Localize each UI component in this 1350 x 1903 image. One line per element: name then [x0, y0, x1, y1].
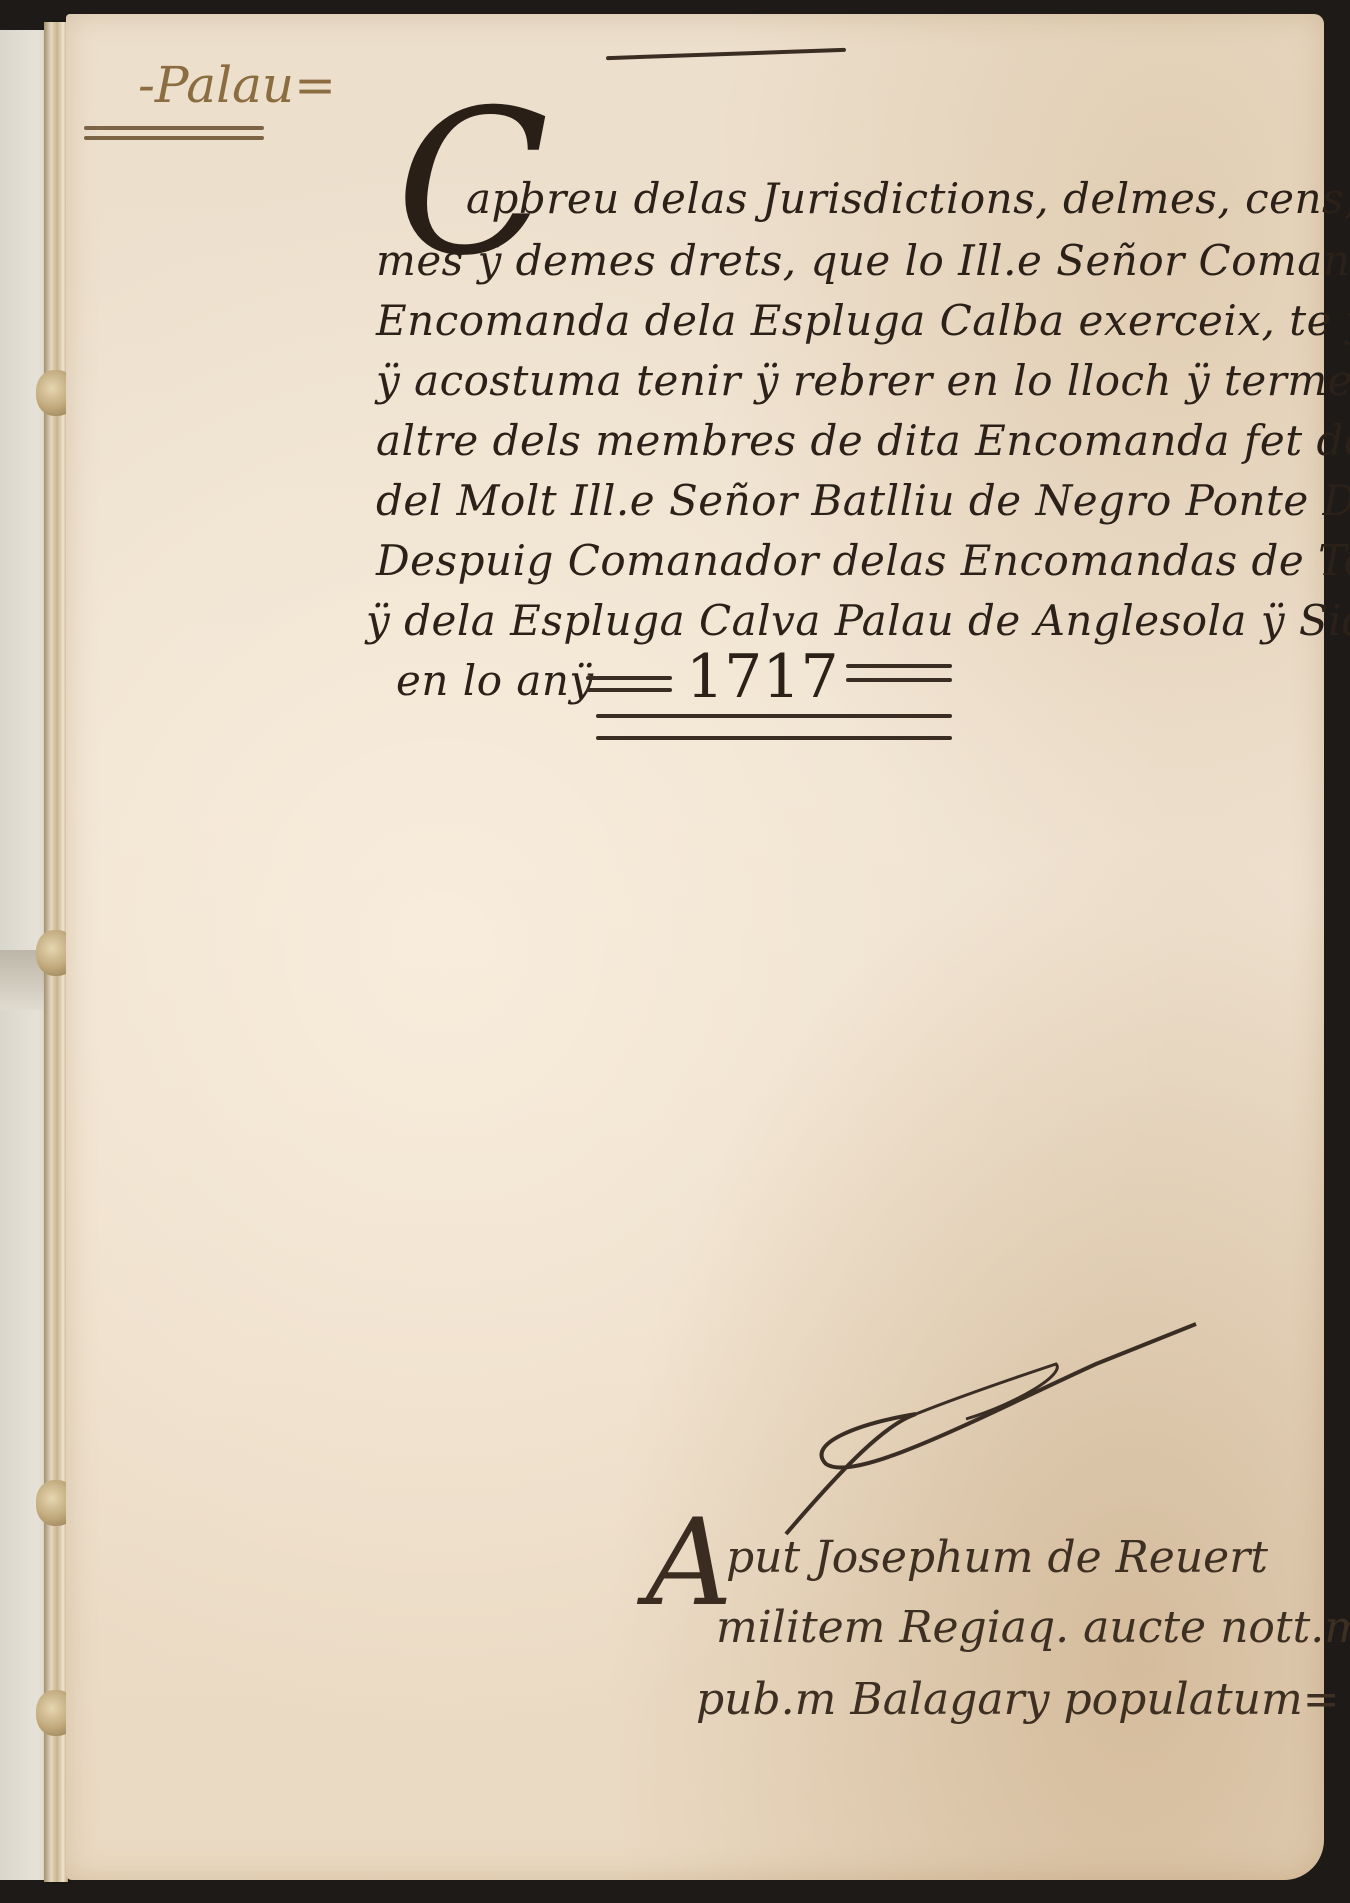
year-rule [586, 676, 672, 680]
year-underline [596, 714, 952, 718]
notary-line-1: put Josephum de Reuert [726, 1532, 1268, 1583]
heading-line-7: Despuig Comanador delas Encomandas de Te… [376, 536, 1350, 585]
heading-line-1: apbreu delas Jurisdictions, delmes, cens… [466, 174, 1350, 223]
year-rule [846, 678, 952, 682]
year-rule [586, 688, 672, 692]
notary-paraph-flourish [766, 1304, 1206, 1544]
year-underline [596, 736, 952, 740]
notary-line-2: militem Regiaq. aucte nott.m [716, 1602, 1350, 1653]
document-year: 1717 [686, 642, 839, 712]
manuscript-page: -Palau= C apbreu delas Jurisdictions, de… [66, 14, 1324, 1880]
heading-line-2: mes ÿ demes drets, que lo Ill.e Señor Co… [376, 236, 1350, 285]
year-rule [846, 664, 952, 668]
heading-line-4: ÿ acostuma tenir ÿ rebrer en lo lloch ÿ … [376, 356, 1350, 405]
heading-line-8: ÿ dela Espluga Calva Palau de Anglesola … [366, 596, 1350, 645]
margin-label-underline [84, 136, 264, 140]
notary-line-3: pub.m Balagary populatum= [696, 1674, 1340, 1725]
heading-line-6: del Molt Ill.e Señor Batlliu de Negro Po… [376, 476, 1350, 525]
heading-line-3: Encomanda dela Espluga Calba exerceix, t… [376, 296, 1350, 345]
top-pen-stroke [606, 48, 846, 60]
margin-label-underline [84, 126, 264, 130]
heading-line-5: altre dels membres de dita Encomanda fet… [376, 416, 1350, 465]
year-prefix: en lo anÿ [396, 656, 594, 705]
margin-label: -Palau= [138, 56, 336, 114]
